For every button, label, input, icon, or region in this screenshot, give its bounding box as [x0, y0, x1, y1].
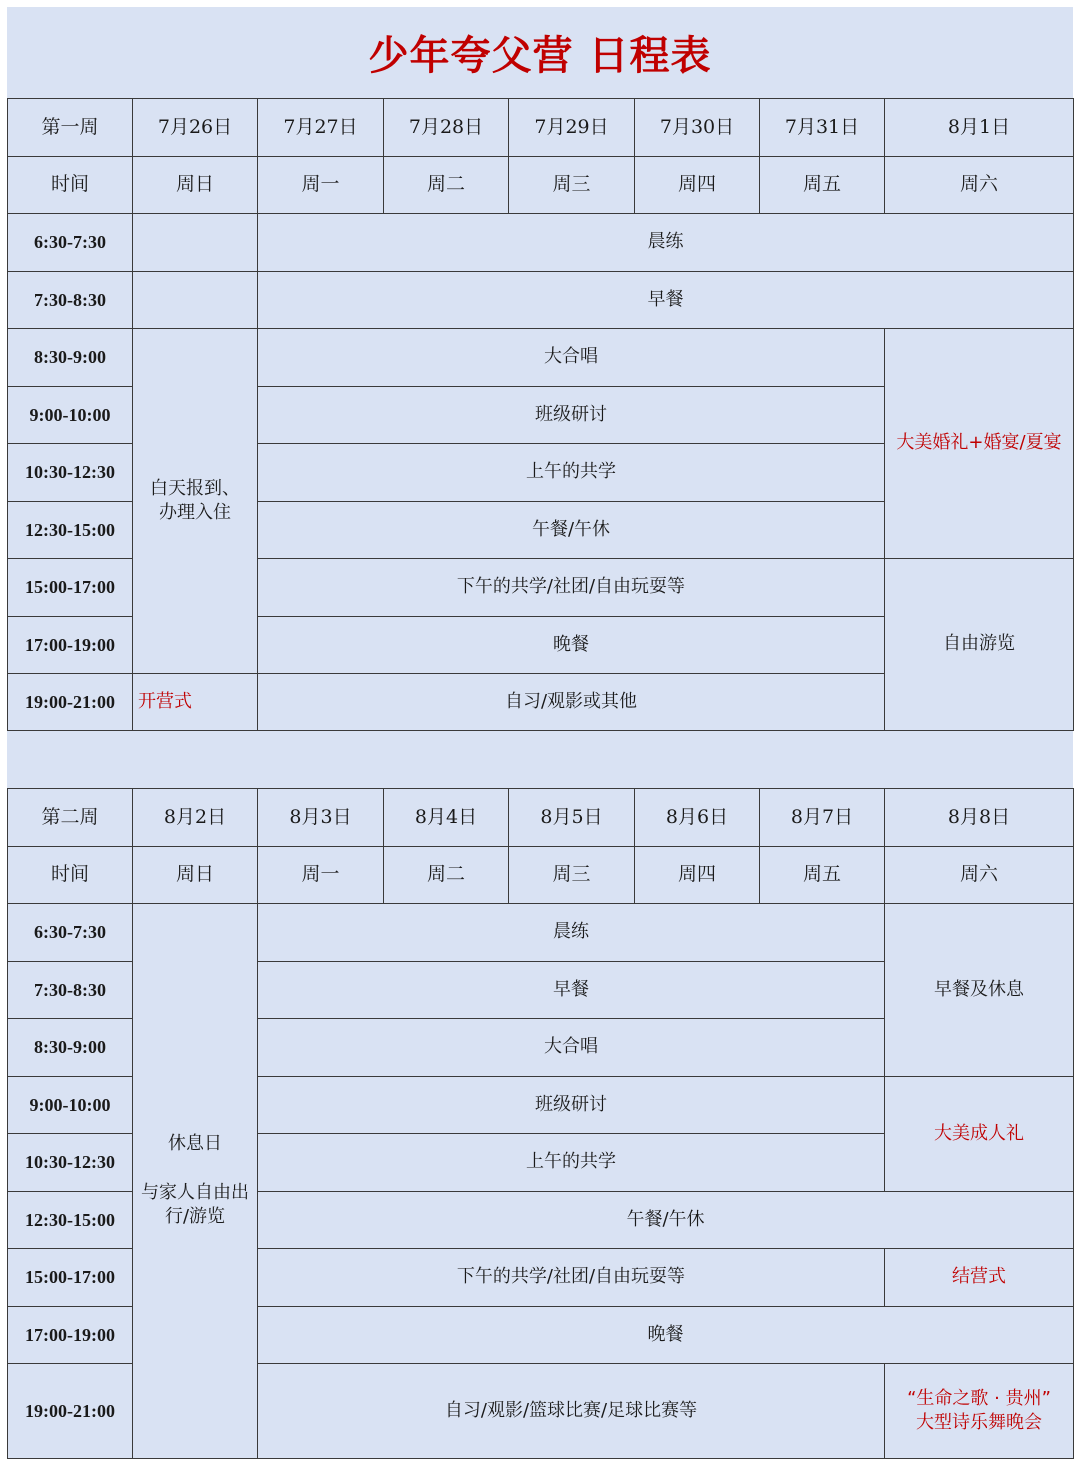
- sunday-opening-text: 开营式: [138, 690, 192, 714]
- date-header: 7月26日: [132, 98, 258, 157]
- activity-row: 晚餐: [257, 616, 885, 674]
- activity-row-text: 午餐/午休: [532, 518, 610, 542]
- date-header: 8月7日: [759, 788, 885, 847]
- activity-row: 下午的共学/社团/自由玩耍等: [257, 558, 885, 617]
- saturday-tour: 自由游览: [884, 558, 1074, 731]
- activity-row: 午餐/午休: [257, 501, 885, 559]
- activity-row: 晨练: [257, 213, 1074, 272]
- activity-row-text: 自习/观影或其他: [505, 690, 637, 714]
- weekday-header-text: 周一: [301, 172, 339, 198]
- saturday-coming-of-age-text: 大美成人礼: [934, 1122, 1024, 1146]
- weekday-header-text: 周六: [960, 172, 998, 198]
- date-header: 8月5日: [508, 788, 635, 847]
- weekday-header: 周六: [884, 846, 1074, 904]
- activity-row: 晚餐: [257, 1306, 1074, 1364]
- date-header-text: 7月28日: [409, 115, 483, 141]
- saturday-closing-text: 结营式: [952, 1265, 1006, 1289]
- activity-row-text: 晨练: [648, 230, 684, 254]
- weekday-header-text: 周一: [301, 862, 339, 888]
- date-header: 8月1日: [884, 98, 1074, 157]
- weekday-header-text: 周日: [176, 862, 214, 888]
- weekday-header-text: 周四: [678, 862, 716, 888]
- weekday-header: 周三: [508, 846, 635, 904]
- activity-row-text: 自习/观影/篮球比赛/足球比赛等: [445, 1399, 697, 1423]
- weekday-header: 周日: [132, 846, 258, 904]
- sunday-rest: 休息日 与家人自由出 行/游览: [132, 903, 258, 1459]
- week-separator: [7, 730, 1073, 788]
- weekday-header: 周一: [257, 846, 384, 904]
- date-header: 8月4日: [383, 788, 509, 847]
- saturday-gala: “生命之歌 · 贵州” 大型诗乐舞晚会: [884, 1363, 1074, 1459]
- time-slot: 19:00-21:00: [7, 673, 133, 731]
- weekday-header-text: 周日: [176, 172, 214, 198]
- weekday-header: 周六: [884, 156, 1074, 214]
- time-slot: 10:30-12:30: [7, 1133, 133, 1192]
- time-slot-text: 6:30-7:30: [34, 920, 106, 944]
- time-slot-text: 6:30-7:30: [34, 230, 106, 254]
- activity-row: 上午的共学: [257, 443, 885, 502]
- weekday-header: 周二: [383, 846, 509, 904]
- activity-row-text: 晚餐: [553, 633, 589, 657]
- date-header-text: 8月5日: [540, 805, 602, 831]
- time-slot-text: 12:30-15:00: [25, 518, 115, 542]
- saturday-tour-text: 自由游览: [943, 632, 1015, 656]
- date-header-text: 8月4日: [415, 805, 477, 831]
- sunday-empty: [132, 271, 258, 329]
- time-slot-text: 12:30-15:00: [25, 1208, 115, 1232]
- activity-row: 班级研讨: [257, 386, 885, 444]
- time-slot: 12:30-15:00: [7, 501, 133, 559]
- time-slot-text: 7:30-8:30: [34, 978, 106, 1002]
- time-slot: 6:30-7:30: [7, 903, 133, 962]
- saturday-breakfast-text: 早餐及休息: [934, 978, 1024, 1002]
- time-slot-text: 9:00-10:00: [30, 1093, 111, 1117]
- activity-row-text: 大合唱: [544, 1035, 598, 1059]
- sunday-rest-text: 休息日 与家人自由出 行/游览: [141, 1132, 249, 1229]
- saturday-closing: 结营式: [884, 1248, 1074, 1307]
- saturday-breakfast: 早餐及休息: [884, 903, 1074, 1077]
- time-slot: 6:30-7:30: [7, 213, 133, 272]
- time-slot-text: 9:00-10:00: [30, 403, 111, 427]
- date-header-text: 8月8日: [948, 805, 1010, 831]
- activity-row-text: 班级研讨: [535, 1093, 607, 1117]
- weekday-header-text: 周五: [803, 172, 841, 198]
- weekday-header: 周二: [383, 156, 509, 214]
- time-slot: 15:00-17:00: [7, 1248, 133, 1307]
- activity-row-text: 大合唱: [544, 345, 598, 369]
- sunday-empty: [132, 213, 258, 272]
- activity-row-text: 早餐: [648, 288, 684, 312]
- date-header: 7月30日: [634, 98, 760, 157]
- weekday-header: 周五: [759, 846, 885, 904]
- time-slot-text: 15:00-17:00: [25, 575, 115, 599]
- activity-row: 早餐: [257, 271, 1074, 329]
- week-label: 第一周: [7, 98, 133, 157]
- time-slot-text: 10:30-12:30: [25, 1150, 115, 1174]
- activity-row-text: 早餐: [553, 978, 589, 1002]
- time-slot: 12:30-15:00: [7, 1191, 133, 1249]
- time-slot: 7:30-8:30: [7, 961, 133, 1019]
- activity-row-text: 晚餐: [648, 1323, 684, 1347]
- time-slot-text: 19:00-21:00: [25, 1399, 115, 1423]
- date-header-text: 8月7日: [791, 805, 853, 831]
- activity-row: 早餐: [257, 961, 885, 1019]
- time-header: 时间: [7, 846, 133, 904]
- date-header-text: 8月6日: [666, 805, 728, 831]
- page-title: 少年夸父营 日程表: [7, 7, 1073, 98]
- activity-row: 大合唱: [257, 328, 885, 387]
- activity-row: 午餐/午休: [257, 1191, 1074, 1249]
- weekday-header: 周日: [132, 156, 258, 214]
- time-header: 时间: [7, 156, 133, 214]
- activity-row-text: 班级研讨: [535, 403, 607, 427]
- date-header-text: 7月26日: [158, 115, 232, 141]
- time-slot-text: 15:00-17:00: [25, 1265, 115, 1289]
- date-header: 8月6日: [634, 788, 760, 847]
- weekday-header: 周五: [759, 156, 885, 214]
- date-header: 7月29日: [508, 98, 635, 157]
- time-slot-text: 10:30-12:30: [25, 460, 115, 484]
- date-header: 8月8日: [884, 788, 1074, 847]
- activity-row-text: 晨练: [553, 920, 589, 944]
- time-header-text: 时间: [51, 862, 89, 888]
- activity-row: 自习/观影或其他: [257, 673, 885, 731]
- weekday-header: 周三: [508, 156, 635, 214]
- weekday-header-text: 周二: [427, 172, 465, 198]
- weekday-header-text: 周三: [552, 172, 590, 198]
- activity-row-text: 午餐/午休: [626, 1208, 704, 1232]
- date-header: 8月2日: [132, 788, 258, 847]
- activity-row: 下午的共学/社团/自由玩耍等: [257, 1248, 885, 1307]
- time-slot: 7:30-8:30: [7, 271, 133, 329]
- activity-row: 晨练: [257, 903, 885, 962]
- date-header: 8月3日: [257, 788, 384, 847]
- time-slot: 10:30-12:30: [7, 443, 133, 502]
- time-slot: 17:00-19:00: [7, 1306, 133, 1364]
- weekday-header-text: 周三: [552, 862, 590, 888]
- time-slot-text: 19:00-21:00: [25, 690, 115, 714]
- time-slot: 8:30-9:00: [7, 1018, 133, 1077]
- date-header-text: 8月1日: [948, 115, 1010, 141]
- activity-row: 上午的共学: [257, 1133, 885, 1192]
- time-slot-text: 17:00-19:00: [25, 1323, 115, 1347]
- saturday-wedding-text: 大美婚礼+婚宴/夏宴: [896, 431, 1061, 455]
- time-slot: 15:00-17:00: [7, 558, 133, 617]
- activity-row: 自习/观影/篮球比赛/足球比赛等: [257, 1363, 885, 1459]
- weekday-header: 周一: [257, 156, 384, 214]
- date-header-text: 8月2日: [164, 805, 226, 831]
- date-header-text: 8月3日: [289, 805, 351, 831]
- time-slot: 17:00-19:00: [7, 616, 133, 674]
- date-header-text: 7月30日: [660, 115, 734, 141]
- weekday-header-text: 周六: [960, 862, 998, 888]
- weekday-header: 周四: [634, 156, 760, 214]
- activity-row: 班级研讨: [257, 1076, 885, 1134]
- time-slot: 9:00-10:00: [7, 386, 133, 444]
- week-label: 第二周: [7, 788, 133, 847]
- weekday-header-text: 周四: [678, 172, 716, 198]
- week-label-text: 第二周: [41, 805, 98, 831]
- date-header: 7月31日: [759, 98, 885, 157]
- date-header-text: 7月31日: [785, 115, 859, 141]
- sunday-checkin: 白天报到、 办理入住: [132, 328, 258, 674]
- activity-row-text: 下午的共学/社团/自由玩耍等: [457, 1265, 685, 1289]
- sunday-checkin-text: 白天报到、 办理入住: [150, 477, 240, 526]
- saturday-coming-of-age: 大美成人礼: [884, 1076, 1074, 1192]
- weekday-header-text: 周二: [427, 862, 465, 888]
- time-slot: 19:00-21:00: [7, 1363, 133, 1459]
- time-slot-text: 17:00-19:00: [25, 633, 115, 657]
- activity-row-text: 上午的共学: [526, 460, 616, 484]
- date-header-text: 7月27日: [283, 115, 357, 141]
- weekday-header: 周四: [634, 846, 760, 904]
- activity-row-text: 上午的共学: [526, 1150, 616, 1174]
- date-header: 7月27日: [257, 98, 384, 157]
- date-header-text: 7月29日: [534, 115, 608, 141]
- saturday-gala-text: “生命之歌 · 贵州” 大型诗乐舞晚会: [907, 1387, 1051, 1436]
- activity-row: 大合唱: [257, 1018, 885, 1077]
- activity-row-text: 下午的共学/社团/自由玩耍等: [457, 575, 685, 599]
- sunday-opening: 开营式: [132, 673, 258, 731]
- week-label-text: 第一周: [41, 115, 98, 141]
- time-header-text: 时间: [51, 172, 89, 198]
- time-slot: 9:00-10:00: [7, 1076, 133, 1134]
- time-slot-text: 8:30-9:00: [34, 345, 106, 369]
- time-slot-text: 8:30-9:00: [34, 1035, 106, 1059]
- weekday-header-text: 周五: [803, 862, 841, 888]
- saturday-wedding: 大美婚礼+婚宴/夏宴: [884, 328, 1074, 559]
- time-slot: 8:30-9:00: [7, 328, 133, 387]
- date-header: 7月28日: [383, 98, 509, 157]
- time-slot-text: 7:30-8:30: [34, 288, 106, 312]
